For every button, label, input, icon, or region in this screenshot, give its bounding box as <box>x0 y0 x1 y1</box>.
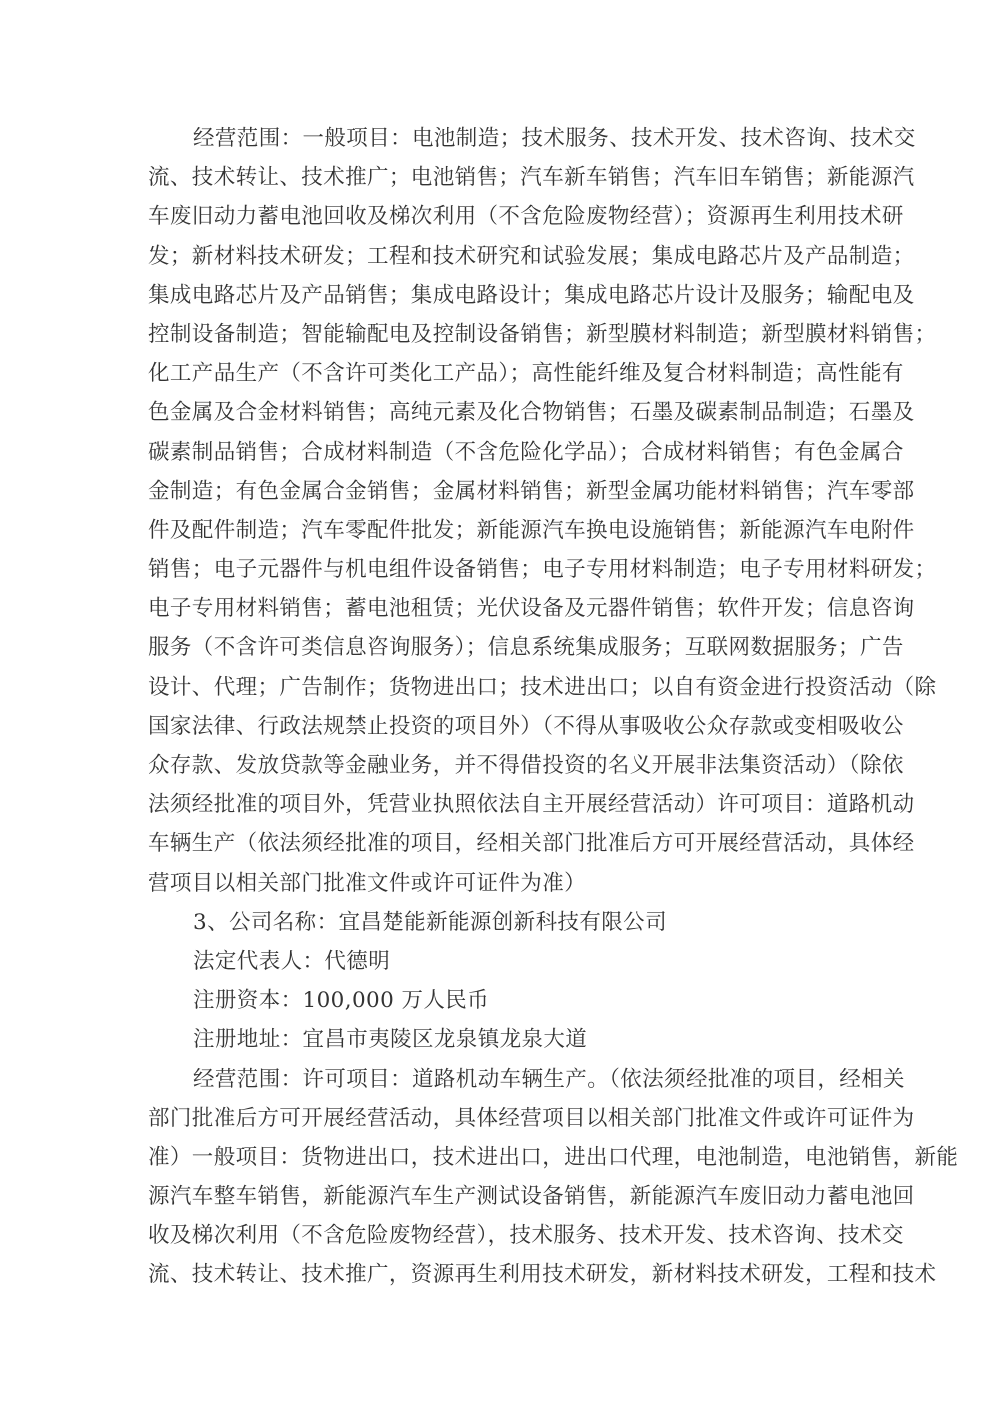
legal-representative-line: 法定代表人：代德明 <box>148 942 868 981</box>
company-3-section: 3、公司名称：宜昌楚能新能源创新科技有限公司 法定代表人：代德明 注册资本：10… <box>148 903 868 1295</box>
paragraph-line: 集成电路芯片及产品销售；集成电路设计；集成电路芯片设计及服务；输配电及 <box>148 276 868 315</box>
paragraph-line: 件及配件制造；汽车零配件批发；新能源汽车换电设施销售；新能源汽车电附件 <box>148 511 868 550</box>
paragraph-line: 法须经批准的项目外，凭营业执照依法自主开展经营活动）许可项目：道路机动 <box>148 785 868 824</box>
business-scope-section-b: 经营范围：许可项目：道路机动车辆生产。（依法须经批准的项目，经相关 部门批准后方… <box>148 1060 868 1295</box>
paragraph-line: 收及梯次利用（不含危险废物经营），技术服务、技术开发、技术咨询、技术交 <box>148 1216 868 1255</box>
paragraph-line: 众存款、发放贷款等金融业务，并不得借投资的名义开展非法集资活动）（除依 <box>148 746 868 785</box>
paragraph-line: 流、技术转让、技术推广；电池销售；汽车新车销售；汽车旧车销售；新能源汽 <box>148 158 868 197</box>
paragraph-line: 经营范围：许可项目：道路机动车辆生产。（依法须经批准的项目，经相关 <box>148 1060 868 1099</box>
paragraph-line: 流、技术转让、技术推广，资源再生利用技术研发，新材料技术研发，工程和技术 <box>148 1255 868 1294</box>
paragraph-line: 金制造；有色金属合金销售；金属材料销售；新型金属功能材料销售；汽车零部 <box>148 472 868 511</box>
paragraph-line: 准）一般项目：货物进出口，技术进出口，进出口代理，电池制造，电池销售，新能 <box>148 1138 868 1177</box>
paragraph-line: 源汽车整车销售，新能源汽车生产测试设备销售，新能源汽车废旧动力蓄电池回 <box>148 1177 868 1216</box>
paragraph-line: 电子专用材料销售；蓄电池租赁；光伏设备及元器件销售；软件开发；信息咨询 <box>148 589 868 628</box>
paragraph-line: 部门批准后方可开展经营活动，具体经营项目以相关部门批准文件或许可证件为 <box>148 1099 868 1138</box>
business-scope-section-a: 经营范围：一般项目：电池制造；技术服务、技术开发、技术咨询、技术交 流、技术转让… <box>148 119 868 903</box>
paragraph-line: 经营范围：一般项目：电池制造；技术服务、技术开发、技术咨询、技术交 <box>148 119 868 158</box>
paragraph-line: 销售；电子元器件与机电组件设备销售；电子专用材料制造；电子专用材料研发； <box>148 550 868 589</box>
document-page: 经营范围：一般项目：电池制造；技术服务、技术开发、技术咨询、技术交 流、技术转让… <box>0 0 1000 1414</box>
paragraph-line: 营项目以相关部门批准文件或许可证件为准） <box>148 864 868 903</box>
document-body: 经营范围：一般项目：电池制造；技术服务、技术开发、技术咨询、技术交 流、技术转让… <box>148 119 868 1295</box>
paragraph-line: 车废旧动力蓄电池回收及梯次利用（不含危险废物经营）；资源再生利用技术研 <box>148 197 868 236</box>
paragraph-line: 化工产品生产（不含许可类化工产品）；高性能纤维及复合材料制造；高性能有 <box>148 354 868 393</box>
paragraph-line: 国家法律、行政法规禁止投资的项目外）（不得从事吸收公众存款或变相吸收公 <box>148 707 868 746</box>
registered-capital-line: 注册资本：100,000 万人民币 <box>148 981 868 1020</box>
paragraph-line: 色金属及合金材料销售；高纯元素及化合物销售；石墨及碳素制品制造；石墨及 <box>148 393 868 432</box>
company-name-line: 3、公司名称：宜昌楚能新能源创新科技有限公司 <box>148 903 868 942</box>
paragraph-line: 设计、代理；广告制作；货物进出口；技术进出口；以自有资金进行投资活动（除 <box>148 668 868 707</box>
paragraph-line: 碳素制品销售；合成材料制造（不含危险化学品）；合成材料销售；有色金属合 <box>148 433 868 472</box>
paragraph-line: 车辆生产（依法须经批准的项目，经相关部门批准后方可开展经营活动，具体经 <box>148 824 868 863</box>
paragraph-line: 服务（不含许可类信息咨询服务）；信息系统集成服务；互联网数据服务；广告 <box>148 628 868 667</box>
registered-address-line: 注册地址：宜昌市夷陵区龙泉镇龙泉大道 <box>148 1020 868 1059</box>
paragraph-line: 控制设备制造；智能输配电及控制设备销售；新型膜材料制造；新型膜材料销售； <box>148 315 868 354</box>
paragraph-line: 发；新材料技术研发；工程和技术研究和试验发展；集成电路芯片及产品制造； <box>148 237 868 276</box>
